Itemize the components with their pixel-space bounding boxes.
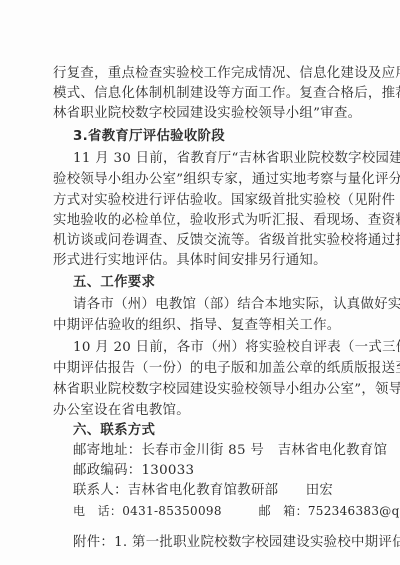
attachment-line: 附件：1. 第一批职业院校数字校园建设实验校中期评估结: [73, 533, 400, 553]
body-text-line: 10 月 20 日前，各市（州）将实验校自评表（一式三份）和: [73, 338, 400, 358]
body-text-line: 形式进行实地评估。具体时间安排另行通知。: [53, 251, 327, 271]
body-text-line: 办公室设在省电教馆。: [53, 401, 190, 421]
section-heading: 五、工作要求: [73, 273, 155, 293]
body-text-line: 中期评估验收的组织、指导、复查等相关工作。: [53, 316, 341, 336]
body-text-line: 林省职业院校数字校园建设实验校领导小组”审查。: [53, 104, 361, 124]
subsection-heading: 3.省教育厅评估验收阶段: [73, 127, 225, 147]
section-heading: 六、联系方式: [73, 421, 155, 441]
phone-email: 电 话：0431-85350098 邮 箱：752346383@qq.com: [73, 501, 400, 521]
body-text-line: 11 月 30 日前，省教育厅“吉林省职业院校数字校园建设实: [73, 149, 400, 169]
body-text-line: 行复查，重点检查实验校工作完成情况、信息化建设及应用创新: [53, 64, 400, 84]
body-text-line: 实地验收的必检单位，验收形式为听汇报、看现场、查资料、随: [53, 211, 400, 231]
body-text-line: 中期评估报告（一份）的电子版和加盖公章的纸质版报送至“吉: [53, 359, 400, 379]
body-text-line: 请各市（州）电教馆（部）结合本地实际，认真做好实验校: [73, 295, 400, 315]
body-text-line: 机访谈或问卷调查、反馈交流等。省级首批实验校将通过抽检的: [53, 231, 400, 251]
postal-code: 邮政编码：130033: [73, 461, 194, 481]
body-text-line: 方式对实验校进行评估验收。国家级首批实验校（见附件 4）为: [53, 191, 400, 211]
body-text-line: 模式、信息化体制机制建设等方面工作。复查合格后，推荐至“吉: [53, 84, 400, 104]
contact-person: 联系人：吉林省电化教育馆教研部 田宏: [73, 481, 333, 501]
body-text-line: 林省职业院校数字校园建设实验校领导小组办公室”，领导小组: [53, 380, 400, 400]
body-text-line: 验校领导小组办公室”组织专家，通过实地考察与量化评分两种: [53, 170, 400, 190]
mailing-address: 邮寄地址：长春市金川街 85 号 吉林省电化教育馆: [73, 441, 387, 461]
